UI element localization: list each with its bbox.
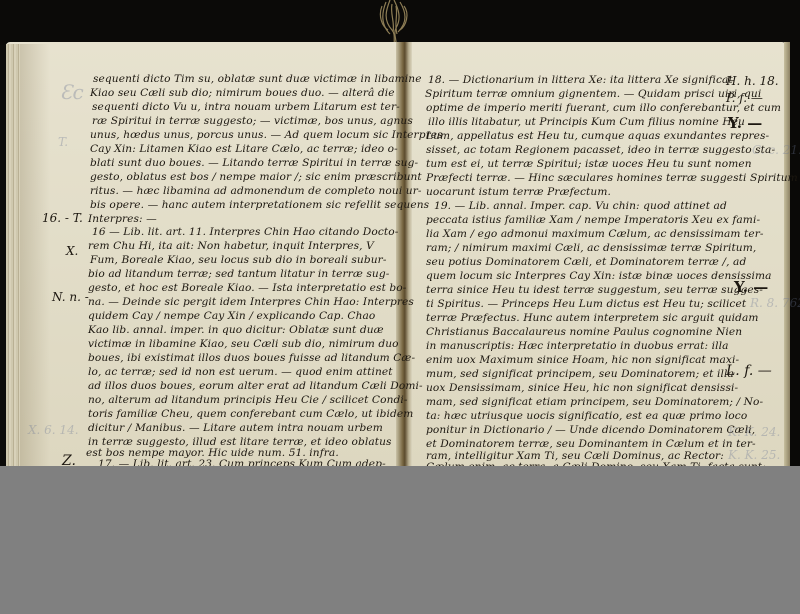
text-line: sisset, ac totam Regionem pacasset, ideo… — [426, 144, 775, 157]
margin-note: 16. - T. — [42, 211, 83, 225]
text-line: mum, sed significat principem, seu Domin… — [426, 368, 734, 381]
text-line: ti Spiritus. — Princeps Heu Lum dictus e… — [426, 298, 746, 311]
text-line: Christianus Baccalaureus nomine Paulus c… — [426, 326, 742, 339]
text-line: Cay Xin: Litamen Kiao est Litare Cælo, a… — [90, 143, 398, 156]
text-line: bis opere. — hanc autem interpretationem… — [90, 199, 429, 212]
text-line: tum est ei, ut terræ Spiritui; istæ uoce… — [426, 158, 752, 171]
text-line: ponitur in Dictionario / — Unde dicendo … — [426, 424, 755, 437]
text-line: rem Chu Hi, ita ait: Non habetur, inquit… — [88, 240, 374, 253]
text-line: uox Densissimam, sinice Heu, hic non sig… — [426, 382, 738, 395]
text-line: ram; / nimirum maximi Cæli, ac densissim… — [426, 242, 756, 255]
text-line: peccata istius familiæ Xam / nempe Imper… — [426, 214, 760, 227]
text-line: optime de imperio meriti fuerant, cum il… — [426, 102, 781, 115]
text-line: Lum, appellatus est Heu tu, cumque aquas… — [426, 130, 769, 143]
text-line: 19. — Lib. annal. Imper. cap. Vu chin: q… — [434, 200, 727, 213]
text-line: bio ad litandum terræ; sed tantum litatu… — [88, 268, 389, 281]
ghost-note: T. — [58, 135, 68, 149]
text-line: quidem Cay / nempe Cay Xin / explicando … — [88, 310, 375, 323]
left-page-edges — [6, 44, 20, 466]
text-line: enim uox Maximum sinice Hoam, hic non si… — [426, 354, 739, 367]
dark-background-right — [790, 40, 800, 470]
ghost-note: R. 8. 762 — [750, 296, 800, 310]
text-line: ritus. — hæc libamina ad admonendum de c… — [90, 185, 422, 198]
bookmark-ribbon-icon — [368, 0, 418, 46]
text-line: 16 — Lib. lit. art. 11. Interpres Chin H… — [92, 226, 398, 239]
text-line: Interpres: — — [88, 213, 157, 226]
ghost-note: X. 6. 14. — [28, 423, 79, 437]
text-line: terræ Præfectus. Hunc autem interpretem … — [426, 312, 759, 325]
text-line: lia Xam / ego admonui maximum Cælum, ac … — [426, 228, 764, 241]
manuscript-photo: Ɛc T. X. 6. 14. 16. - T. X. N. n. - Z. s… — [0, 0, 800, 614]
text-line: boues, ibi existimat illos duos boues fu… — [88, 352, 415, 365]
text-line: sequenti dicto Vu u, intra nouam urbem L… — [92, 101, 400, 114]
gray-overlay — [0, 466, 800, 614]
text-line: lo, ac terræ; sed id non est uerum. — qu… — [88, 366, 393, 379]
text-line: seu potius Dominatorem Cæli, et Dominato… — [426, 256, 746, 269]
text-line: toris familiæ Cheu, quem conferebant cum… — [88, 408, 413, 421]
text-line: terra sinice Heu tu idest terræ suggestu… — [426, 284, 763, 297]
text-line: unus, hœdus unus, porcus unus. — Ad quem… — [90, 129, 443, 142]
text-line: gesto, et hoc est Boreale Kiao. — Ista i… — [88, 282, 406, 295]
text-line: no, alterum ad litandum principis Heu Ci… — [88, 394, 408, 407]
text-line: dicitur / Manibus. — Litare autem intra … — [88, 422, 383, 435]
text-line: na. — Deinde sic pergit idem Interpres C… — [88, 296, 414, 309]
text-line: 18. — Dictionarium in littera Xe: ita li… — [428, 74, 733, 87]
text-line: victimæ in libamine Kiao, seu Cæli sub d… — [88, 338, 399, 351]
text-line: sequenti dicto Tim su, oblatæ sunt duæ v… — [93, 73, 422, 86]
text-line: Kiao seu Cæli sub dio; nimirum boues duo… — [90, 87, 395, 100]
text-line: Præfecti terræ. — Hinc sæculares homines… — [426, 172, 798, 185]
margin-note: N. n. - — [52, 290, 89, 304]
margin-note: X. — [66, 244, 78, 258]
text-line: illo illis litabatur, ut Principis Kum C… — [428, 116, 745, 129]
text-line: ræ Spiritui in terræ suggesto; — victimæ… — [92, 115, 413, 128]
text-line: Fum, Boreale Kiao, seu locus sub dio in … — [90, 254, 387, 267]
text-line: quem locum sic Interpres Cay Xin: istæ b… — [426, 270, 772, 283]
text-line: uocarunt istum terræ Præfectum. — [426, 186, 611, 199]
left-page-shadow — [20, 44, 50, 466]
text-line: Spiritum terræ omnium gignentem. — Quida… — [425, 88, 761, 101]
text-line: gesto, oblatus est bos / nempe maior /; … — [90, 171, 422, 184]
text-line: in manuscriptis: Hæc interpretatio in du… — [426, 340, 729, 353]
text-line: Kao lib. annal. imper. in quo dicitur: O… — [88, 324, 384, 337]
margin-note: H. h. 18. — [726, 74, 779, 88]
text-line: ad illos duos boues, eorum alter erat ad… — [88, 380, 423, 393]
text-line: blati sunt duo boues. — Litando terræ Sp… — [90, 157, 418, 170]
text-line: ta: hæc utriusque uocis significatio, es… — [426, 410, 747, 423]
text-line: mam, sed significat etiam principem, seu… — [426, 396, 763, 409]
ghost-note: Ɛc — [60, 80, 84, 104]
